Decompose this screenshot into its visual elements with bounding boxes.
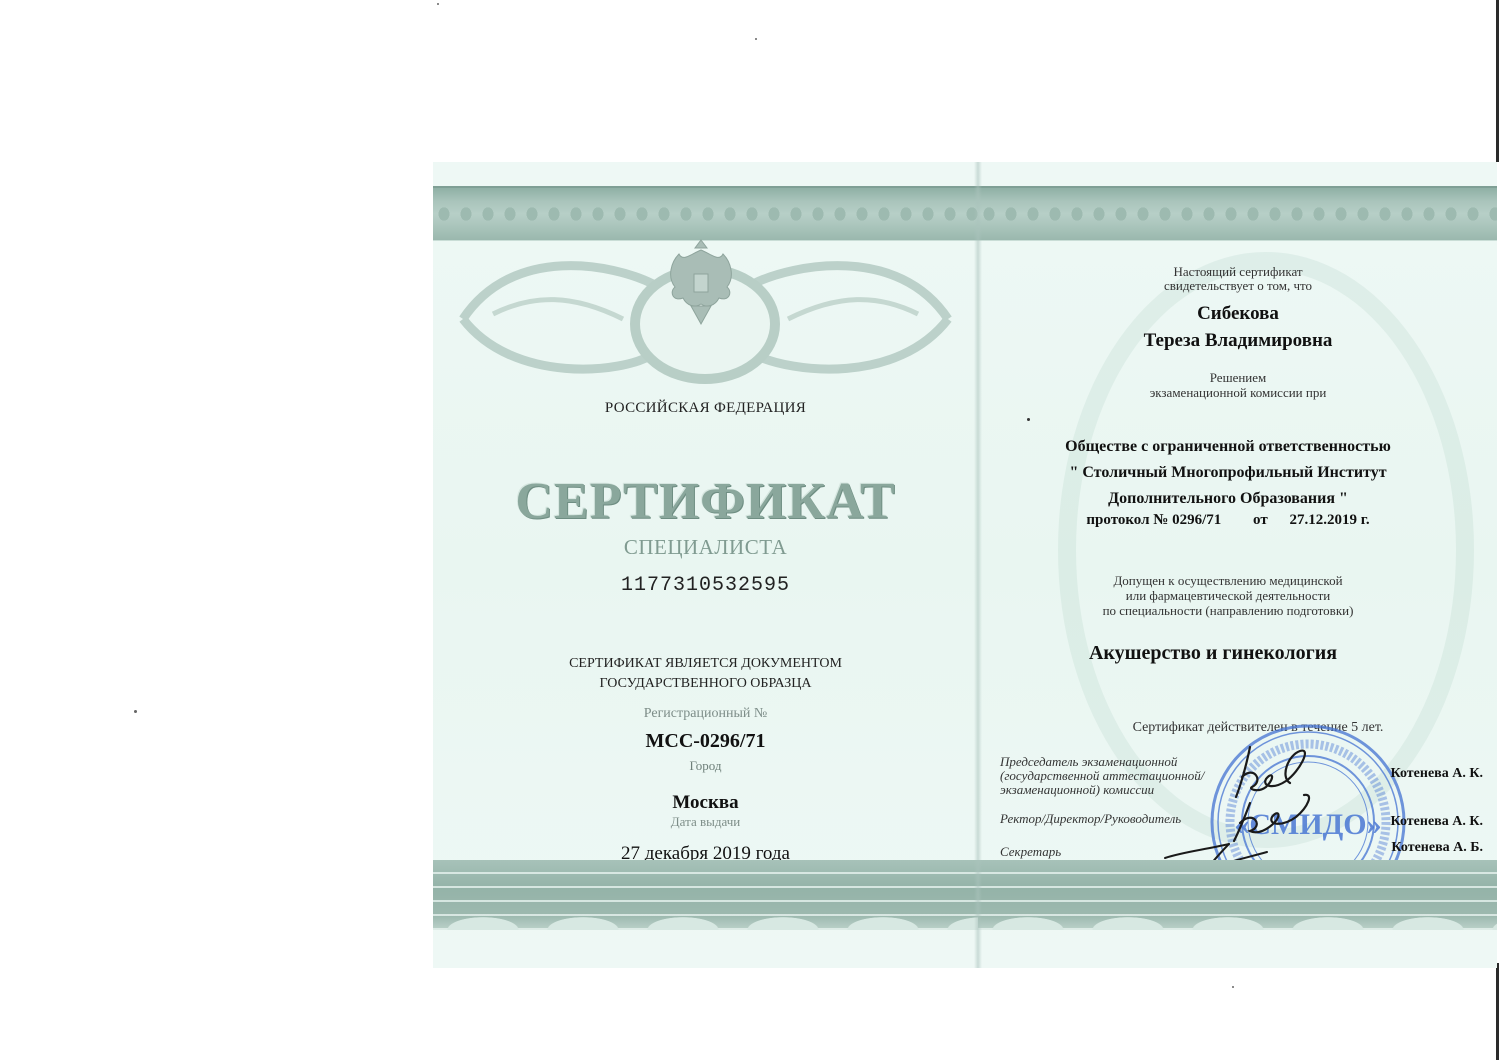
statement-line: ГОСУДАРСТВЕННОГО ОБРАЗЦА [433,674,978,694]
role-line: (государственной аттестационной/ [1000,769,1204,783]
scan-speck [437,3,439,5]
certificate-subtitle: СПЕЦИАЛИСТА [433,535,978,560]
statement-line: СЕРТИФИКАТ ЯВЛЯЕТСЯ ДОКУМЕНТОМ [433,654,978,674]
secretary-role: Секретарь [1000,845,1061,859]
chairman-role: Председатель экзаменационной (государств… [1000,755,1204,797]
intro-line: Настоящий сертификат [1058,265,1418,279]
admission-line: или фармацевтической деятельности [1038,588,1418,603]
city-value: Москва [433,792,978,814]
scan-edge-line-top [1496,0,1499,162]
holder-given-names: Тереза Владимировна [1058,330,1418,352]
intro-text: Настоящий сертификат свидетельствует о т… [1058,265,1418,293]
certificate-title: СЕРТИФИКАТ [433,472,978,531]
guilloche-band-bottom [433,860,978,930]
decision-text: Решением экзаменационной комиссии при [1058,370,1418,400]
role-line: Председатель экзаменационной [1000,755,1204,769]
director-role: Ректор/Директор/Руководитель [1000,812,1181,826]
organization-name: Обществе с ограниченной ответственностью… [1008,434,1448,512]
admission-text: Допущен к осуществлению медицинской или … [1038,573,1418,618]
protocol-line: протокол № 0296/71 от 27.12.2019 г. [1008,512,1448,529]
issue-date-label: Дата выдачи [433,814,978,830]
serial-number: 1177310532595 [433,574,978,597]
secretary-name: Котенева А. Б. [1323,840,1483,856]
scan-edge-line-bottom [1496,963,1499,1060]
admission-line: по специальности (направлению подготовки… [1038,603,1418,618]
scan-speck [755,38,757,40]
decision-line: Решением [1058,370,1418,385]
holder-surname: Сибекова [1058,303,1418,325]
registration-label: Регистрационный № [433,706,978,722]
scan-speck [1027,418,1030,421]
guilloche-band-bottom [978,860,1497,930]
city-label: Город [433,758,978,774]
certificate-left-page: РОССИЙСКАЯ ФЕДЕРАЦИЯ СЕРТИФИКАТ СПЕЦИАЛИ… [433,162,978,968]
admission-line: Допущен к осуществлению медицинской [1038,573,1418,588]
organization-line: Обществе с ограниченной ответственностью [1008,434,1448,460]
intro-line: свидетельствует о том, что [1058,279,1418,293]
state-document-statement: СЕРТИФИКАТ ЯВЛЯЕТСЯ ДОКУМЕНТОМ ГОСУДАРСТ… [433,654,978,694]
protocol-date: 27.12.2019 г. [1289,512,1369,529]
protocol-number: протокол № 0296/71 [1086,512,1221,529]
scan-speck [134,710,137,713]
organization-line: " Столичный Многопрофильный Институт [1008,460,1448,486]
guilloche-band-top [978,186,1497,241]
specialty: Акушерство и гинекология [1008,642,1418,665]
scan-speck [1232,986,1234,988]
role-line: экзаменационной) комиссии [1000,783,1204,797]
chairman-name: Котенева А. К. [1323,766,1483,782]
country-name: РОССИЙСКАЯ ФЕДЕРАЦИЯ [433,400,978,417]
decision-line: экзаменационной комиссии при [1058,385,1418,400]
coat-of-arms-icon [661,232,741,332]
certificate-spread: РОССИЙСКАЯ ФЕДЕРАЦИЯ СЕРТИФИКАТ СПЕЦИАЛИ… [433,162,1497,968]
registration-number: МСС-0296/71 [433,730,978,753]
director-name: Котенева А. К. [1323,814,1483,830]
certificate-right-page: Настоящий сертификат свидетельствует о т… [978,162,1497,968]
page-fold [974,162,982,968]
organization-line: Дополнительного Образования " [1008,486,1448,512]
protocol-from: от [1253,512,1268,529]
